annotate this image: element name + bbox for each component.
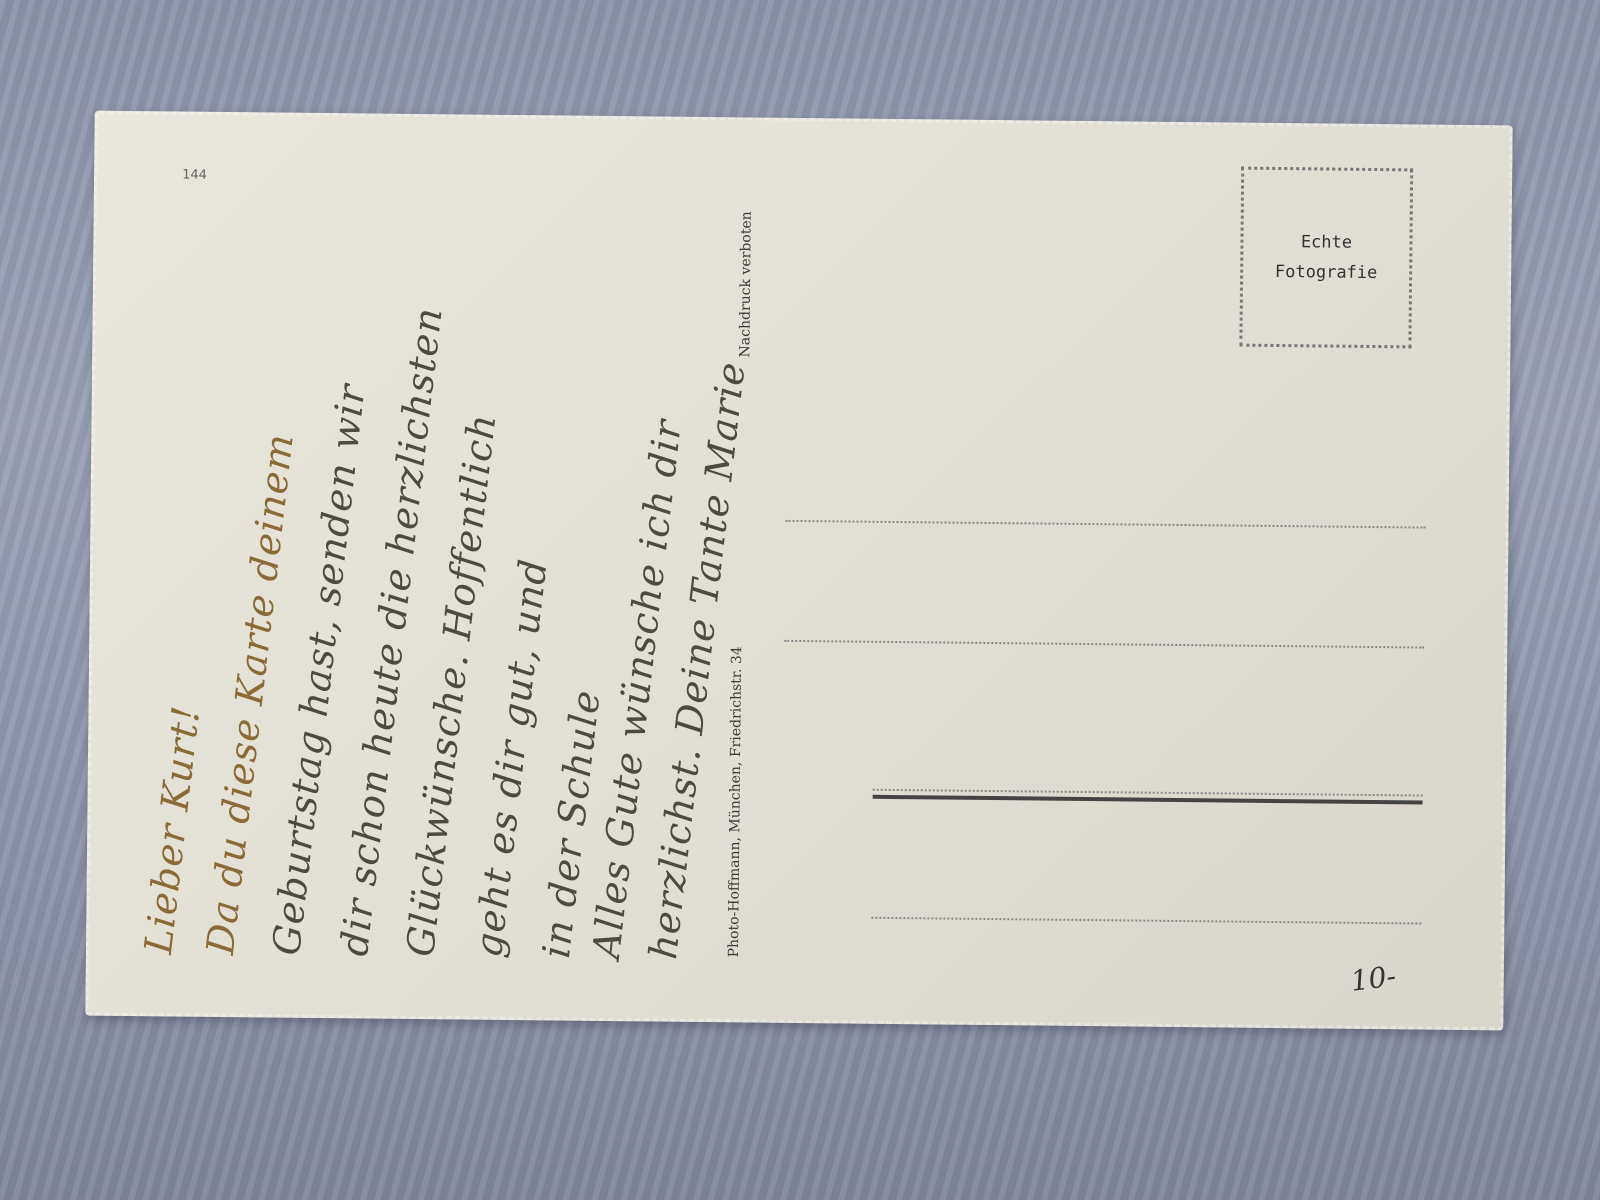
address-underline [873,795,1423,805]
pencil-price: 10- [1349,959,1398,998]
handwriting-line: Lieber Kurt! [136,703,208,956]
address-line [871,917,1421,925]
address-line [786,520,1426,529]
stamp-text-echte: Echte [1301,227,1352,258]
postcard: 144 Lieber Kurt! Da du diese Karte deine… [85,111,1512,1031]
copyright-notice: Nachdruck verboten [737,211,755,357]
stamp-text-fotografie: Fotografie [1275,257,1378,288]
publisher-imprint: Photo-Hoffmann, München, Friedrichstr. 3… [726,646,745,957]
handwritten-message: Lieber Kurt! Da du diese Karte deinem Ge… [106,131,755,998]
address-line [784,640,1424,649]
stamp-box: Echte Fotografie [1239,167,1413,349]
